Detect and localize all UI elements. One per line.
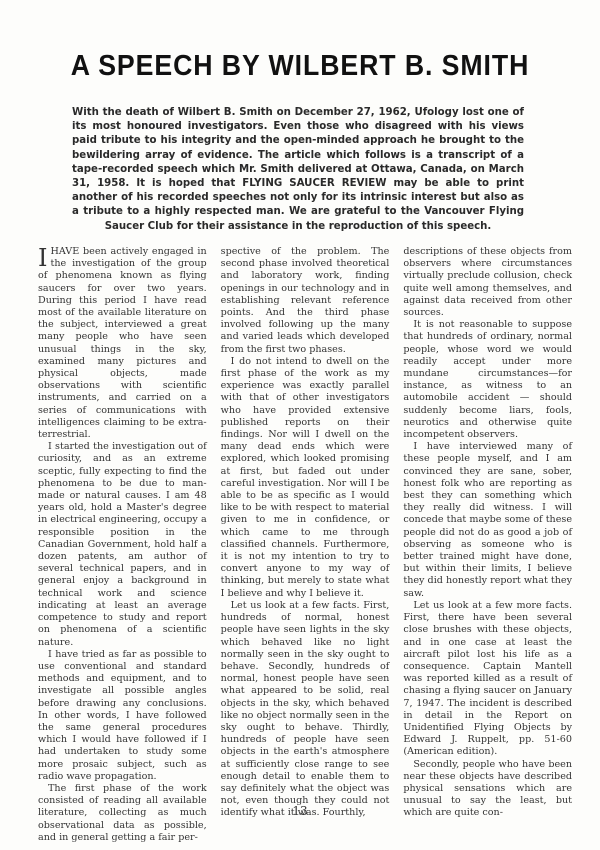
paragraph: spective of the problem. The second phas… bbox=[221, 246, 390, 356]
paragraph: IHAVE been actively engaged in the inves… bbox=[38, 246, 207, 441]
paragraph: I started the investigation out of curio… bbox=[38, 441, 207, 648]
column-3: descriptions of these objects from obser… bbox=[403, 246, 572, 844]
page-number: 13 bbox=[0, 804, 600, 818]
paragraph: It is not reasonable to suppose that hun… bbox=[403, 319, 572, 441]
paragraph: Let us look at a few more facts. First, … bbox=[403, 600, 572, 759]
article-body: IHAVE been actively engaged in the inves… bbox=[38, 246, 572, 844]
article-title: A SPEECH BY WILBERT B. SMITH bbox=[24, 50, 576, 83]
drop-cap: I bbox=[38, 248, 47, 268]
column-1: IHAVE been actively engaged in the inves… bbox=[38, 246, 207, 844]
paragraph: I have tried as far as possible to use c… bbox=[38, 649, 207, 783]
paragraph: descriptions of these objects from obser… bbox=[403, 246, 572, 319]
paragraph: I have interviewed many of these people … bbox=[403, 441, 572, 600]
column-2: spective of the problem. The second phas… bbox=[221, 246, 390, 844]
article-intro: With the death of Wilbert B. Smith on De… bbox=[72, 106, 524, 234]
paragraph: Let us look at a few facts. First, hundr… bbox=[221, 600, 390, 820]
paragraph: I do not intend to dwell on the first ph… bbox=[221, 356, 390, 600]
